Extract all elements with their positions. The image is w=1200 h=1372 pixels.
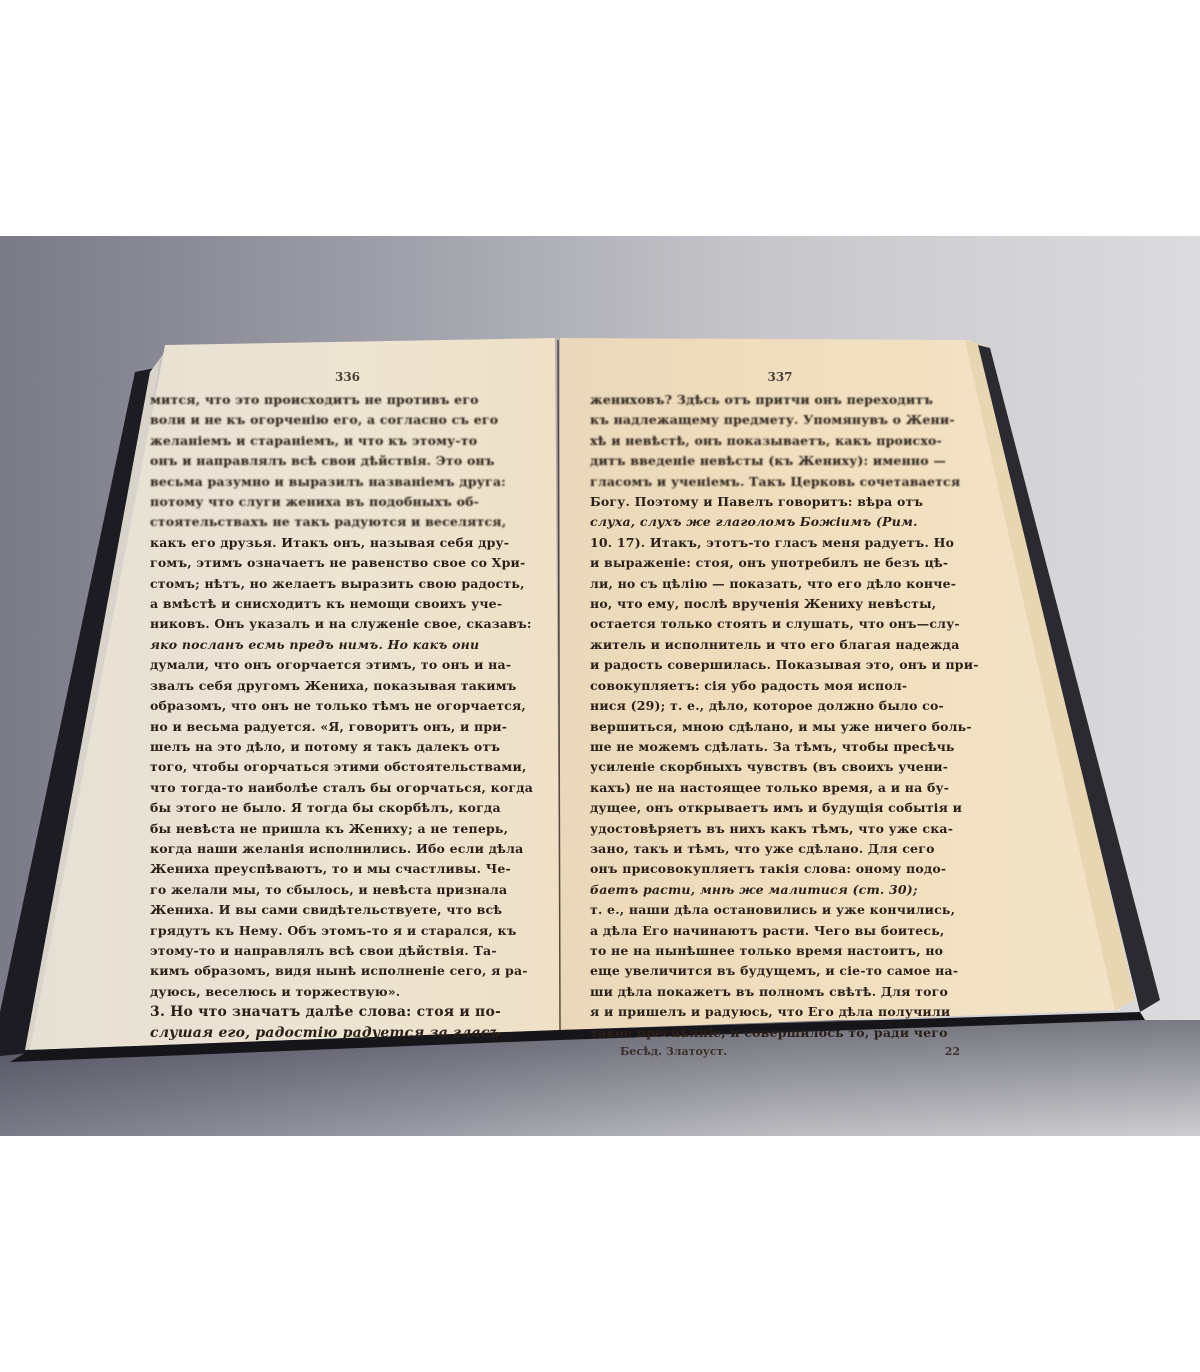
text-line: дитъ введеніе невѣсты (къ Жениху): именн… [590, 451, 970, 471]
text-line: еще увеличится въ будущемъ, и сіе-то сам… [590, 961, 970, 981]
text-line: слушая его, радостію радуется за гласъ [150, 1023, 545, 1043]
page-number: 337 [590, 370, 970, 384]
text-line: онъ и направлялъ всѣ свои дѣйствія. Это … [150, 451, 545, 471]
text-line: ши дѣла покажетъ въ полномъ свѣтѣ. Для т… [590, 982, 970, 1002]
text-line: жениховъ? Здѣсь отъ притчи онъ переходит… [590, 390, 970, 410]
text-line: дущее, онъ открываетъ имъ и будущія собы… [590, 798, 970, 818]
text-line: т. е., наши дѣла остановились и уже конч… [590, 900, 970, 920]
text-line: нися (29); т. е., дѣло, которое должно б… [590, 696, 970, 716]
text-line: то не на нынѣшнее только время настоитъ,… [590, 941, 970, 961]
text-line: стоятельствахъ не такъ радуются и веселя… [150, 512, 545, 532]
text-line: никовъ. Онъ указалъ и на служеніе свое, … [150, 614, 545, 634]
text-line: гомъ, этимъ означаетъ не равенство свое … [150, 553, 545, 573]
text-line: а дѣла Его начинаютъ расти. Чего вы боит… [590, 921, 970, 941]
text-line: кимъ образомъ, видя нынѣ исполненіе сего… [150, 961, 545, 981]
page-footer: Бесѣд. Златоуст. 22 [590, 1045, 970, 1058]
text-line: хѣ и невѣстѣ, онъ показываетъ, какъ прои… [590, 431, 970, 451]
text-line: образомъ, что онъ не только тѣмъ не огор… [150, 696, 545, 716]
text-line: кахъ) не на настоящее только время, а и … [590, 778, 970, 798]
text-line: я и пришелъ и радуюсь, что Его дѣла полу… [590, 1002, 970, 1022]
page-number: 336 [150, 370, 545, 384]
text-line: весьма разумно и выразилъ названіемъ дру… [150, 472, 545, 492]
text-line: бы этого не было. Я тогда бы скорбѣлъ, к… [150, 798, 545, 818]
text-line: этому-то и направлялъ всѣ свои дѣйствія.… [150, 941, 545, 961]
text-line: и радость совершилась. Показывая это, он… [590, 655, 970, 675]
text-line: что тогда-то наиболѣе сталъ бы огорчатьс… [150, 778, 545, 798]
text-line: совокупляетъ: сія убо радость моя испол- [590, 676, 970, 696]
text-line: слуха, слухъ же глаголомъ Божіимъ (Рим. [590, 512, 970, 532]
left-page: 336 мится, что это происходитъ не против… [150, 370, 545, 1043]
text-line: какъ его друзья. Итакъ онъ, называя себя… [150, 533, 545, 553]
text-line: Жениха. И вы сами свидѣтельствуете, что … [150, 900, 545, 920]
text-line: удостовѣряетъ въ нихъ какъ тѣмъ, что уже… [590, 819, 970, 839]
text-line: бы невѣста не пришла къ Жениху; а не теп… [150, 819, 545, 839]
text-line: го желали мы, то сбылось, и невѣста приз… [150, 880, 545, 900]
text-line: такое преспѣяніе, и совершилось то, ради… [590, 1023, 970, 1043]
text-line: но и весьма радуется. «Я, говоритъ онъ, … [150, 717, 545, 737]
text-line: 3. Но что значатъ далѣе слова: стоя и по… [150, 1002, 545, 1022]
text-line: зано, такъ и тѣмъ, что уже сдѣлано. Для … [590, 839, 970, 859]
text-line: того, чтобы огорчаться этими обстоятельс… [150, 757, 545, 777]
right-page: 337 жениховъ? Здѣсь отъ притчи онъ перех… [590, 370, 970, 1058]
text-line: думали, что онъ огорчается этимъ, то онъ… [150, 655, 545, 675]
text-line: шелъ на это дѣло, и потому я такъ далекъ… [150, 737, 545, 757]
text-line: усиленіе скорбныхъ чувствъ (въ своихъ уч… [590, 757, 970, 777]
text-line: 10. 17). Итакъ, этотъ-то гласъ меня раду… [590, 533, 970, 553]
signature-mark: Бесѣд. Златоуст. [620, 1045, 727, 1058]
text-line: но, что ему, послѣ врученія Жениху невѣс… [590, 594, 970, 614]
text-line: остается только стоять и слушать, что он… [590, 614, 970, 634]
text-line: гласомъ и ученіемъ. Такъ Церковь сочетав… [590, 472, 970, 492]
text-line: а вмѣстѣ и снисходитъ къ немощи своихъ у… [150, 594, 545, 614]
text-line: ли, но съ цѣлію — показать, что его дѣло… [590, 574, 970, 594]
text-line: житель и исполнитель и что его благая на… [590, 635, 970, 655]
text-line: воли и не къ огорченію его, а согласно с… [150, 410, 545, 430]
text-line: стомъ; нѣтъ, но желаетъ выразить свою ра… [150, 574, 545, 594]
text-line: грядутъ къ Нему. Объ этомъ-то я и старал… [150, 921, 545, 941]
text-line: желаніемъ и стараніемъ, и что къ этому-т… [150, 431, 545, 451]
text-line: Жениха преуспѣваютъ, то и мы счастливы. … [150, 859, 545, 879]
text-line: мится, что это происходитъ не противъ ег… [150, 390, 545, 410]
text-line: и выраженіе: стоя, онъ употребилъ не без… [590, 553, 970, 573]
text-line: когда наши желанія исполнились. Ибо если… [150, 839, 545, 859]
text-line: къ надлежащему предмету. Упомянувъ о Жен… [590, 410, 970, 430]
text-line: баетъ расти, мнѣ же малитися (ст. 30); [590, 880, 970, 900]
text-line: дуюсь, веселюсь и торжествую». [150, 982, 545, 1002]
text-line: яко посланъ есмь предъ нимъ. Но какъ они [150, 635, 545, 655]
signature-number: 22 [945, 1045, 960, 1058]
text-line: потому что слуги жениха въ подобныхъ об- [150, 492, 545, 512]
text-line: звалъ себя другомъ Жениха, показывая так… [150, 676, 545, 696]
text-line: Богу. Поэтому и Павелъ говоритъ: вѣра от… [590, 492, 970, 512]
text-line: вершиться, мною сдѣлано, и мы уже ничего… [590, 717, 970, 737]
text-line: онъ присовокупляетъ такія слова: оному п… [590, 859, 970, 879]
text-line: ше не можемъ сдѣлать. За тѣмъ, чтобы пре… [590, 737, 970, 757]
